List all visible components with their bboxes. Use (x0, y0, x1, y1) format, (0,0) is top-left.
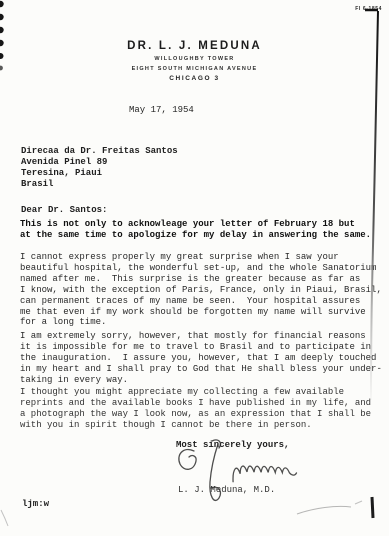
salutation: Dear Dr. Santos: (21, 205, 107, 216)
edge-tick-icon (372, 497, 373, 518)
body-paragraph-1: This is not only to acknowleage your let… (20, 219, 371, 241)
body-paragraph-3: I am extremely sorry, however, that most… (20, 331, 382, 386)
recipient-address: Direcaa da Dr. Freitas Santos Avenida Pi… (21, 146, 178, 190)
corner-smudge-icon (1, 510, 8, 526)
letter-date: May 17, 1954 (129, 105, 194, 116)
letterhead-building: WILLOUGHBY TOWER (0, 56, 389, 62)
typist-initials: ljm:w (22, 499, 49, 510)
letterhead-phone: FI 6-1854 (355, 6, 382, 12)
handwritten-signature-icon (148, 438, 328, 513)
letterhead: DR. L. J. MEDUNA WILLOUGHBY TOWER EIGHT … (0, 40, 389, 82)
scanned-letter-page: FI 6-1854 DR. L. J. MEDUNA WILLOUGHBY TO… (0, 0, 389, 536)
letterhead-street: EIGHT SOUTH MICHIGAN AVENUE (0, 66, 389, 72)
body-paragraph-4: I thought you might appreciate my collec… (20, 387, 371, 431)
body-paragraph-2: I cannot express properly my great surpr… (20, 252, 382, 328)
typed-signature-name: L. J. Meduna, M.D. (178, 485, 275, 496)
letterhead-city: CHICAGO 3 (0, 75, 389, 82)
letterhead-name: DR. L. J. MEDUNA (0, 40, 389, 52)
